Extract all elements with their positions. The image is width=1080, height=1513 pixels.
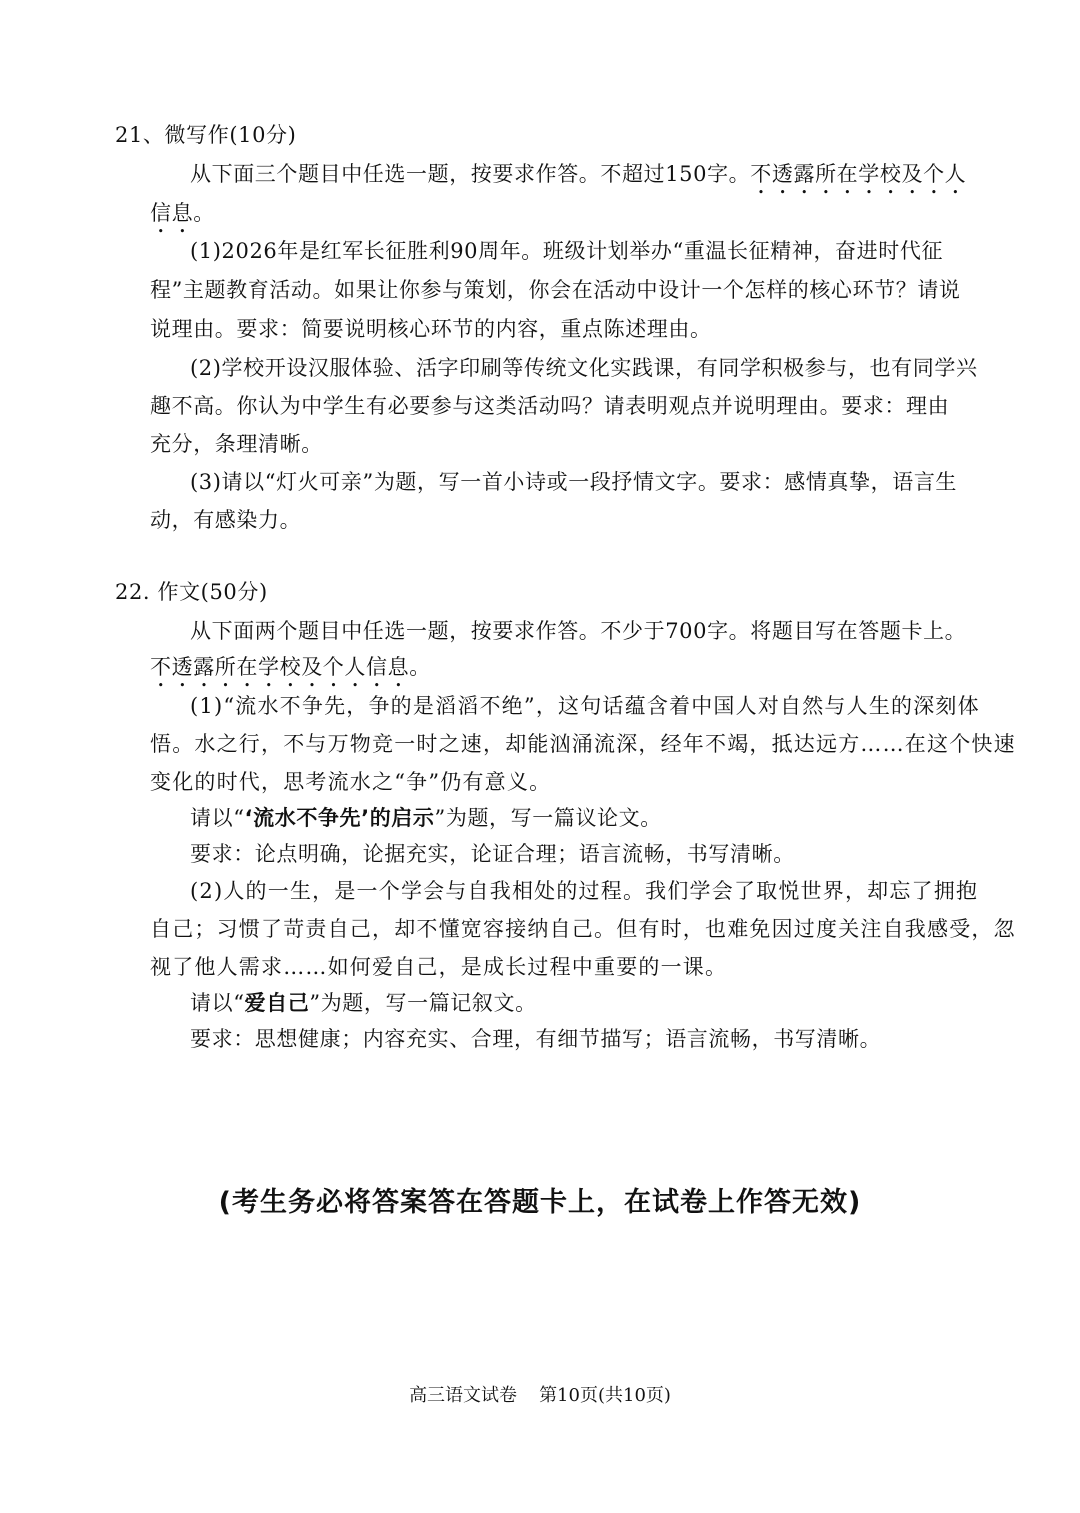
q22-option1-requirements: 要求：论点明确，论据充实，论证合理；语言流畅，书写清晰。: [190, 840, 795, 868]
q22-title: 22. 作文(50分): [115, 578, 268, 606]
q21-option2-line1: (2)学校开设汉服体验、活字印刷等传统文化实践课，有同学积极参与，也有同学兴: [190, 354, 978, 382]
q22-option1-prompt-post: ”为题，写一篇议论文。: [435, 806, 662, 830]
q22-option1-line3: 变化的时代，思考流水之“争”仍有意义。: [150, 768, 551, 796]
q21-intro-text: 从下面三个题目中任选一题，按要求作答。不超过150字。: [190, 162, 750, 186]
q22-option1-prompt-pre: 请以“: [190, 806, 245, 830]
footer-subject: 高三语文试卷: [409, 1385, 517, 1406]
footer-page-number: 第10页(共10页): [539, 1385, 671, 1406]
q22-option2-prompt: 请以“爱自己”为题，写一篇记叙文。: [190, 989, 537, 1017]
q22-option2-prompt-pre: 请以“: [190, 991, 245, 1015]
q22-option1-prompt: 请以“‘流水不争先’的启示”为题，写一篇议论文。: [190, 804, 662, 832]
q21-intro-cont: 信息。: [150, 199, 215, 238]
q21-intro-emphasis: 不透露所在学校及个人: [750, 162, 966, 186]
q22-option2-prompt-post: ”为题，写一篇记叙文。: [309, 991, 536, 1015]
q21-intro-end: 。: [193, 201, 215, 225]
q22-option1-line1: (1)“流水不争先，争的是滔滔不绝”，这句话蕴含着中国人对自然与人生的深刻体: [190, 692, 980, 720]
q22-option2-line2: 自己；习惯了苛责自己，却不懂宽容接纳自己。但有时，也难免因过度关注自我感受，忽: [150, 915, 1016, 943]
q21-option2-line2: 趣不高。你认为中学生有必要参与这类活动吗？请表明观点并说明理由。要求：理由: [150, 392, 949, 420]
q22-option2-requirements: 要求：思想健康；内容充实、合理，有细节描写；语言流畅，书写清晰。: [190, 1025, 881, 1053]
page-footer: 高三语文试卷第10页(共10页): [0, 1381, 1080, 1407]
q22-option2-line1: (2)人的一生，是一个学会与自我相处的过程。我们学会了取悦世界，却忘了拥抱: [190, 877, 978, 905]
q22-intro-emphasis: 不透露所在学校及个人信息: [150, 655, 409, 679]
q21-option1-line3: 说理由。要求：简要说明核心环节的内容，重点陈述理由。: [150, 315, 712, 343]
q22-intro-end: 。: [409, 655, 431, 679]
q21-option3-line2: 动，有感染力。: [150, 506, 301, 534]
q22-intro-line1: 从下面两个题目中任选一题，按要求作答。不少于700字。将题目写在答题卡上。: [190, 617, 966, 645]
answer-sheet-notice: (考生务必将答案答在答题卡上，在试卷上作答无效): [0, 1180, 1080, 1219]
q21-intro-emphasis-cont: 信息: [150, 201, 193, 225]
q22-intro-line2: 不透露所在学校及个人信息。: [150, 653, 431, 692]
q22-option2-prompt-title: 爱自己: [245, 991, 310, 1015]
q21-title: 21、微写作(10分): [115, 121, 296, 149]
q21-intro: 从下面三个题目中任选一题，按要求作答。不超过150字。不透露所在学校及个人: [190, 160, 966, 199]
q22-option2-line3: 视了他人需求……如何爱自己，是成长过程中重要的一课。: [150, 953, 727, 981]
q21-option1-line2: 程”主题教育活动。如果让你参与策划，你会在活动中设计一个怎样的核心环节？请说: [150, 276, 961, 304]
q21-option3-line1: (3)请以“灯火可亲”为题，写一首小诗或一段抒情文字。要求：感情真挚，语言生: [190, 468, 957, 496]
q21-option1-line1: (1)2026年是红军长征胜利90周年。班级计划举办“重温长征精神，奋进时代征: [190, 237, 943, 265]
q22-option1-prompt-title: ‘流水不争先’的启示: [245, 806, 435, 830]
q21-option2-line3: 充分，条理清晰。: [150, 430, 323, 458]
q22-option1-line2: 悟。水之行，不与万物竞一时之速，却能汹涌流深，经年不竭，抵达远方……在这个快速: [150, 730, 1016, 758]
